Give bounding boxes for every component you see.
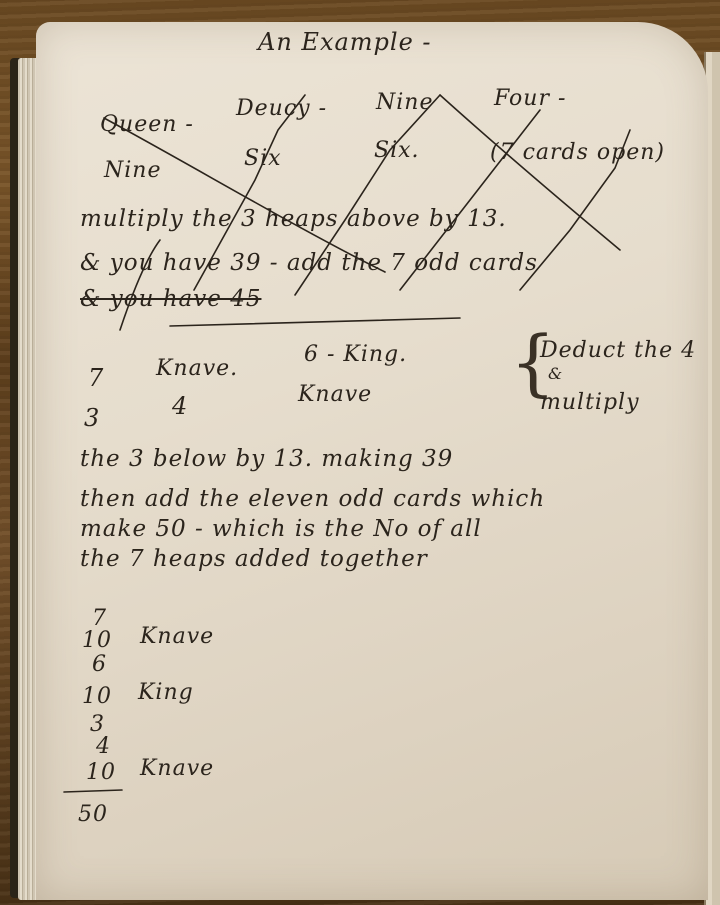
sum-row-2-num: 10 xyxy=(82,628,112,653)
sum-row-2-label: Knave xyxy=(140,624,214,649)
page-title: An Example - xyxy=(258,28,432,56)
brace-note-line1: Deduct the 4 xyxy=(540,338,696,363)
mid-col1-bottom: 3 xyxy=(84,404,100,432)
sum-row-4-num: 10 xyxy=(82,684,112,709)
para2-line3: make 50 - which is the No of all xyxy=(80,516,482,542)
para2-line1: the 3 below by 13. making 39 xyxy=(80,446,453,472)
card-queen: Queen - xyxy=(100,112,194,137)
sum-total: 50 xyxy=(78,802,108,827)
para1-line1: multiply the 3 heaps above by 13. xyxy=(80,206,507,232)
card-nine-top: Nine xyxy=(376,90,433,115)
mid-col1-top: 7 xyxy=(88,364,104,392)
card-deucy: Deucy - xyxy=(236,96,327,121)
para2-line4: the 7 heaps added together xyxy=(80,546,428,572)
para1-line3-struck: & you have 45 xyxy=(80,286,261,312)
sum-row-7-num: 10 xyxy=(86,760,116,785)
mid-col2-top: Knave. xyxy=(156,356,238,381)
mid-col2-bottom: 4 xyxy=(172,392,188,420)
mid-col3-top: 6 - King. xyxy=(304,342,407,367)
cards-open-note: (7 cards open) xyxy=(490,140,665,165)
card-six-2: Six. xyxy=(374,138,420,163)
card-four: Four - xyxy=(494,86,566,111)
sum-row-3-num: 6 xyxy=(92,652,107,677)
mid-col3-bottom: Knave xyxy=(298,382,372,407)
brace-note-line2: & xyxy=(548,364,563,383)
sum-row-6-num: 4 xyxy=(96,734,111,759)
para2-line2: then add the eleven odd cards which xyxy=(80,486,545,512)
para1-line2: & you have 39 - add the 7 odd cards xyxy=(80,250,538,276)
card-nine: Nine xyxy=(104,158,161,183)
sum-row-7-label: Knave xyxy=(140,756,214,781)
card-six: Six xyxy=(244,146,282,171)
sum-row-4-label: King xyxy=(138,680,194,705)
brace-note-line3: multiply xyxy=(540,390,640,415)
